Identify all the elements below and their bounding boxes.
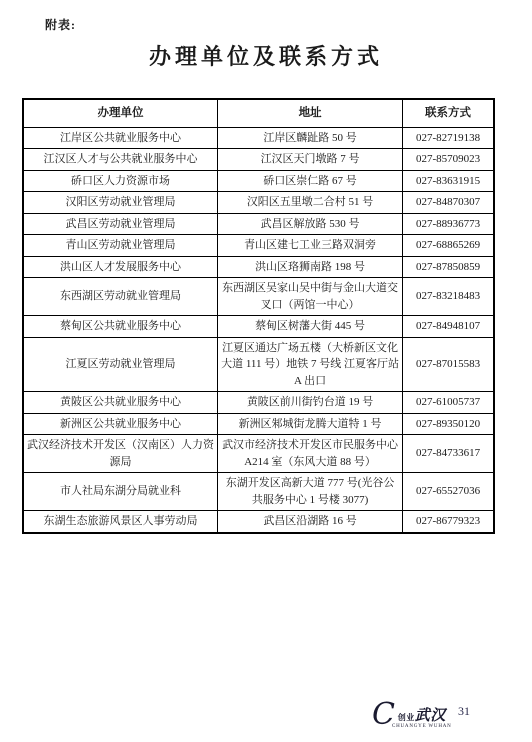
table-row: 青山区劳动就业管理局青山区建七工业三路双洞旁027-68865269	[23, 235, 494, 257]
phone-cell: 027-61005737	[403, 392, 494, 414]
unit-cell: 江夏区劳动就业管理局	[23, 337, 218, 392]
header-address: 地址	[218, 99, 403, 127]
address-cell: 硚口区崇仁路 67 号	[218, 170, 403, 192]
table-row: 蔡甸区公共就业服务中心蔡甸区树藩大街 445 号027-84948107	[23, 316, 494, 338]
unit-cell: 硚口区人力资源市场	[23, 170, 218, 192]
appendix-label: 附表:	[45, 16, 76, 33]
table-row: 新洲区公共就业服务中心新洲区邾城街龙腾大道特 1 号027-89350120	[23, 413, 494, 435]
address-cell: 武昌区解放路 530 号	[218, 213, 403, 235]
address-cell: 新洲区邾城街龙腾大道特 1 号	[218, 413, 403, 435]
contact-table-body: 江岸区公共就业服务中心江岸区麟趾路 50 号027-82719138江汉区人才与…	[23, 127, 494, 533]
header-unit: 办理单位	[23, 99, 218, 127]
address-cell: 蔡甸区树藩大街 445 号	[218, 316, 403, 338]
phone-cell: 027-82719138	[403, 127, 494, 149]
phone-cell: 027-85709023	[403, 149, 494, 171]
phone-cell: 027-83631915	[403, 170, 494, 192]
logo-text-stack: 创业 武汉 CHUANGYE WUHAN	[392, 700, 452, 729]
address-cell: 武汉市经济技术开发区市民服务中心 A214 室（东风大道 88 号）	[218, 435, 403, 473]
address-cell: 江汉区天门墩路 7 号	[218, 149, 403, 171]
unit-cell: 市人社局东湖分局就业科	[23, 473, 218, 511]
table-row: 硚口区人力资源市场硚口区崇仁路 67 号027-83631915	[23, 170, 494, 192]
logo-english-text: CHUANGYE WUHAN	[392, 724, 452, 729]
address-cell: 汉阳区五里墩二合村 51 号	[218, 192, 403, 214]
table-row: 东湖生态旅游风景区人事劳动局武昌区沿湖路 16 号027-86779323	[23, 511, 494, 533]
phone-cell: 027-89350120	[403, 413, 494, 435]
phone-cell: 027-65527036	[403, 473, 494, 511]
table-row: 江夏区劳动就业管理局江夏区通达广场五楼（大桥新区文化大道 111 号）地铁 7 …	[23, 337, 494, 392]
table-row: 市人社局东湖分局就业科东湖开发区高新大道 777 号(光谷公共服务中心 1 号楼…	[23, 473, 494, 511]
phone-cell: 027-84948107	[403, 316, 494, 338]
phone-cell: 027-84733617	[403, 435, 494, 473]
unit-cell: 青山区劳动就业管理局	[23, 235, 218, 257]
phone-cell: 027-87850859	[403, 256, 494, 278]
address-cell: 东湖开发区高新大道 777 号(光谷公共服务中心 1 号楼 3077)	[218, 473, 403, 511]
logo-chinese-text: 创业 武汉	[398, 704, 446, 725]
table-header-row: 办理单位 地址 联系方式	[23, 99, 494, 127]
header-phone: 联系方式	[403, 99, 494, 127]
unit-cell: 武昌区劳动就业管理局	[23, 213, 218, 235]
page-number: 31	[458, 704, 470, 719]
table-row: 东西湖区劳动就业管理局东西湖区吴家山吴中街与金山大道交叉口（两馆一中心）027-…	[23, 278, 494, 316]
unit-cell: 汉阳区劳动就业管理局	[23, 192, 218, 214]
contact-table: 办理单位 地址 联系方式 江岸区公共就业服务中心江岸区麟趾路 50 号027-8…	[22, 98, 495, 534]
phone-cell: 027-68865269	[403, 235, 494, 257]
phone-cell: 027-83218483	[403, 278, 494, 316]
address-cell: 武昌区沿湖路 16 号	[218, 511, 403, 533]
unit-cell: 江岸区公共就业服务中心	[23, 127, 218, 149]
logo-cn-big-text: 武汉	[415, 704, 446, 725]
page-title: 办理单位及联系方式	[0, 40, 532, 71]
chuangye-wuhan-logo: C 创业 武汉 CHUANGYE WUHAN	[372, 700, 452, 729]
phone-cell: 027-88936773	[403, 213, 494, 235]
unit-cell: 东西湖区劳动就业管理局	[23, 278, 218, 316]
address-cell: 江夏区通达广场五楼（大桥新区文化大道 111 号）地铁 7 号线 江夏客厅站 A…	[218, 337, 403, 392]
table-row: 汉阳区劳动就业管理局汉阳区五里墩二合村 51 号027-84870307	[23, 192, 494, 214]
phone-cell: 027-86779323	[403, 511, 494, 533]
address-cell: 青山区建七工业三路双洞旁	[218, 235, 403, 257]
unit-cell: 东湖生态旅游风景区人事劳动局	[23, 511, 218, 533]
logo-cn-small-text: 创业	[398, 712, 415, 723]
table-row: 武昌区劳动就业管理局武昌区解放路 530 号027-88936773	[23, 213, 494, 235]
table-row: 洪山区人才发展服务中心洪山区珞狮南路 198 号027-87850859	[23, 256, 494, 278]
table-row: 黄陂区公共就业服务中心黄陂区前川街钓台道 19 号027-61005737	[23, 392, 494, 414]
address-cell: 东西湖区吴家山吴中街与金山大道交叉口（两馆一中心）	[218, 278, 403, 316]
address-cell: 洪山区珞狮南路 198 号	[218, 256, 403, 278]
unit-cell: 江汉区人才与公共就业服务中心	[23, 149, 218, 171]
table-row: 武汉经济技术开发区（汉南区）人力资源局武汉市经济技术开发区市民服务中心 A214…	[23, 435, 494, 473]
address-cell: 黄陂区前川街钓台道 19 号	[218, 392, 403, 414]
unit-cell: 黄陂区公共就业服务中心	[23, 392, 218, 414]
address-cell: 江岸区麟趾路 50 号	[218, 127, 403, 149]
table-row: 江岸区公共就业服务中心江岸区麟趾路 50 号027-82719138	[23, 127, 494, 149]
unit-cell: 蔡甸区公共就业服务中心	[23, 316, 218, 338]
phone-cell: 027-87015583	[403, 337, 494, 392]
table-row: 江汉区人才与公共就业服务中心江汉区天门墩路 7 号027-85709023	[23, 149, 494, 171]
unit-cell: 新洲区公共就业服务中心	[23, 413, 218, 435]
unit-cell: 武汉经济技术开发区（汉南区）人力资源局	[23, 435, 218, 473]
unit-cell: 洪山区人才发展服务中心	[23, 256, 218, 278]
phone-cell: 027-84870307	[403, 192, 494, 214]
